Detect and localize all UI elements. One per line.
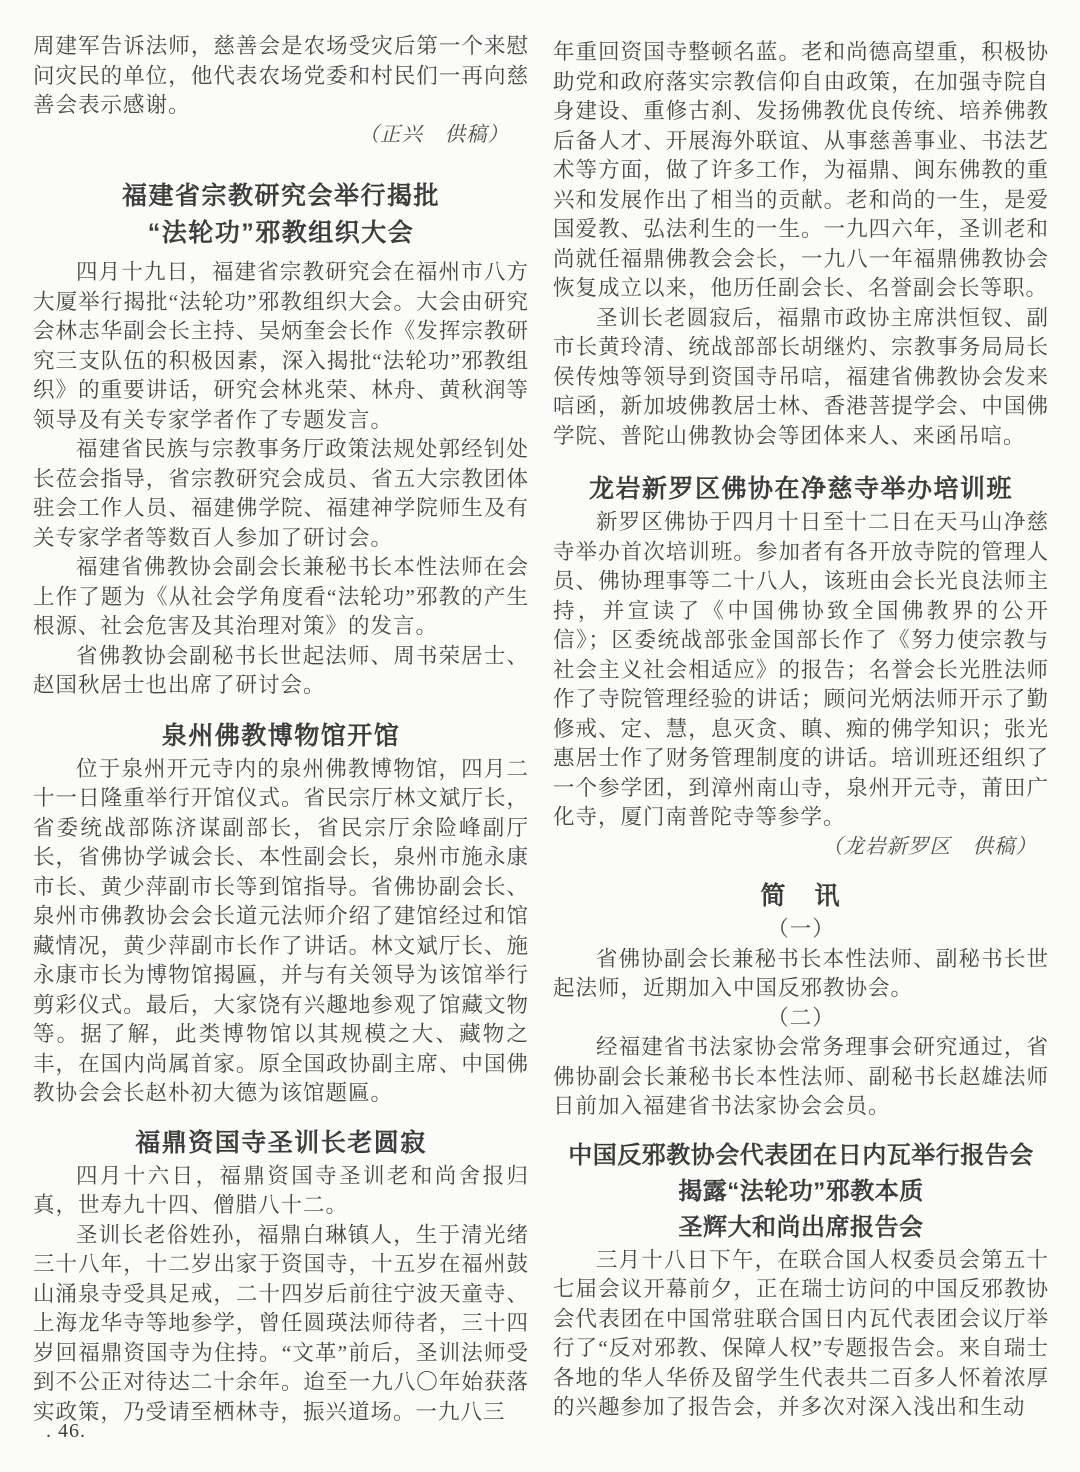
article-paragraph: 位于泉州开元寺内的泉州佛教博物馆，四月二十一日隆重举行开馆仪式。省民宗厅林文斌厅…	[33, 755, 529, 1109]
right-column: 年重回资国寺整顿名蓝。老和尚德高望重，积极协助党和政府落实宗教信仰自由政策，在加…	[553, 38, 1049, 1423]
article-title-line2: “法轮功”邪教组织大会	[33, 215, 529, 252]
scanned-journal-page: 周建军告诉法师，慈善会是农场受灾后第一个来慰问灾民的单位，他代表农场党委和村民们…	[0, 0, 1080, 1472]
article-paragraph: 福建省佛教协会副会长兼秘书长本性法师在会上作了题为《从社会学角度看“法轮功”邪教…	[33, 553, 529, 642]
article-title-line2: 揭露“法轮功”邪教本质	[553, 1174, 1049, 1210]
left-column: 周建军告诉法师，慈善会是农场受灾后第一个来慰问灾民的单位，他代表农场党委和村民们…	[33, 32, 529, 1427]
article-paragraph: 新罗区佛协于四月十日至十二日在天马山净慈寺举办首次培训班。参加者有各开放寺院的管…	[553, 508, 1049, 833]
intro-continuation-paragraph: 周建军告诉法师，慈善会是农场受灾后第一个来慰问灾民的单位，他代表农场党委和村民们…	[33, 32, 529, 121]
brief-item-1-text: 省佛协副会长兼秘书长本性法师、副秘书长世起法师，近期加入中国反邪教协会。	[553, 945, 1049, 1004]
article-title-geneva: 中国反邪教协会代表团在日内瓦举行报告会 揭露“法轮功”邪教本质 圣辉大和尚出席报…	[553, 1138, 1049, 1246]
brief-item-2-label: （二）	[553, 1004, 1049, 1034]
article-title-religion-meeting: 福建省宗教研究会举行揭批 “法轮功”邪教组织大会	[33, 178, 529, 252]
article-title-line1: 中国反邪教协会代表团在日内瓦举行报告会	[553, 1138, 1049, 1174]
article-title-shengxun: 福鼎资国寺圣训长老圆寂	[33, 1125, 529, 1162]
article-paragraph: 圣训长老俗姓孙，福鼎白琳镇人，生于清光绪三十八年，十二岁出家于资国寺，十五岁在福…	[33, 1221, 529, 1428]
brief-item-1-label: （一）	[553, 915, 1049, 945]
page-number: . 46.	[46, 1420, 86, 1443]
article-paragraph: 三月十八日下午，在联合国人权委员会第五十七届会议开幕前夕，正在瑞士访问的中国反邪…	[553, 1246, 1049, 1423]
article-title-line3: 圣辉大和尚出席报告会	[553, 1210, 1049, 1246]
byline-longyan: （龙岩新罗区 供稿）	[553, 833, 1049, 863]
article-title-training: 龙岩新罗区佛协在净慈寺举办培训班	[553, 471, 1049, 508]
article-paragraph: 四月十六日，福鼎资国寺圣训老和尚舍报归真，世寿九十四、僧腊八十二。	[33, 1162, 529, 1221]
article-paragraph: 省佛教协会副秘书长世起法师、周书荣居士、赵国秋居士也出席了研讨会。	[33, 642, 529, 701]
article-title-line1: 福建省宗教研究会举行揭批	[33, 178, 529, 215]
article-paragraph: 圣训长老圆寂后，福鼎市政协主席洪恒钗、副市长黄玲清、统战部部长胡继灼、宗教事务局…	[553, 304, 1049, 452]
article-paragraph: 四月十九日，福建省宗教研究会在福州市八方大厦举行揭批“法轮功”邪教组织大会。大会…	[33, 258, 529, 435]
byline-zhengxing: （正兴 供稿）	[33, 121, 529, 151]
article-paragraph: 福建省民族与宗教事务厅政策法规处郭经钊处长莅会指导，省宗教研究会成员、省五大宗教…	[33, 435, 529, 553]
shengxun-continuation-paragraph: 年重回资国寺整顿名蓝。老和尚德高望重，积极协助党和政府落实宗教信仰自由政策，在加…	[553, 38, 1049, 304]
brief-item-2-text: 经福建省书法家协会常务理事会研究通过，省佛协副会长兼秘书长本性法师、副秘书长赵雄…	[553, 1033, 1049, 1122]
article-title-museum: 泉州佛教博物馆开馆	[33, 718, 529, 755]
briefs-title: 简 讯	[553, 878, 1049, 915]
